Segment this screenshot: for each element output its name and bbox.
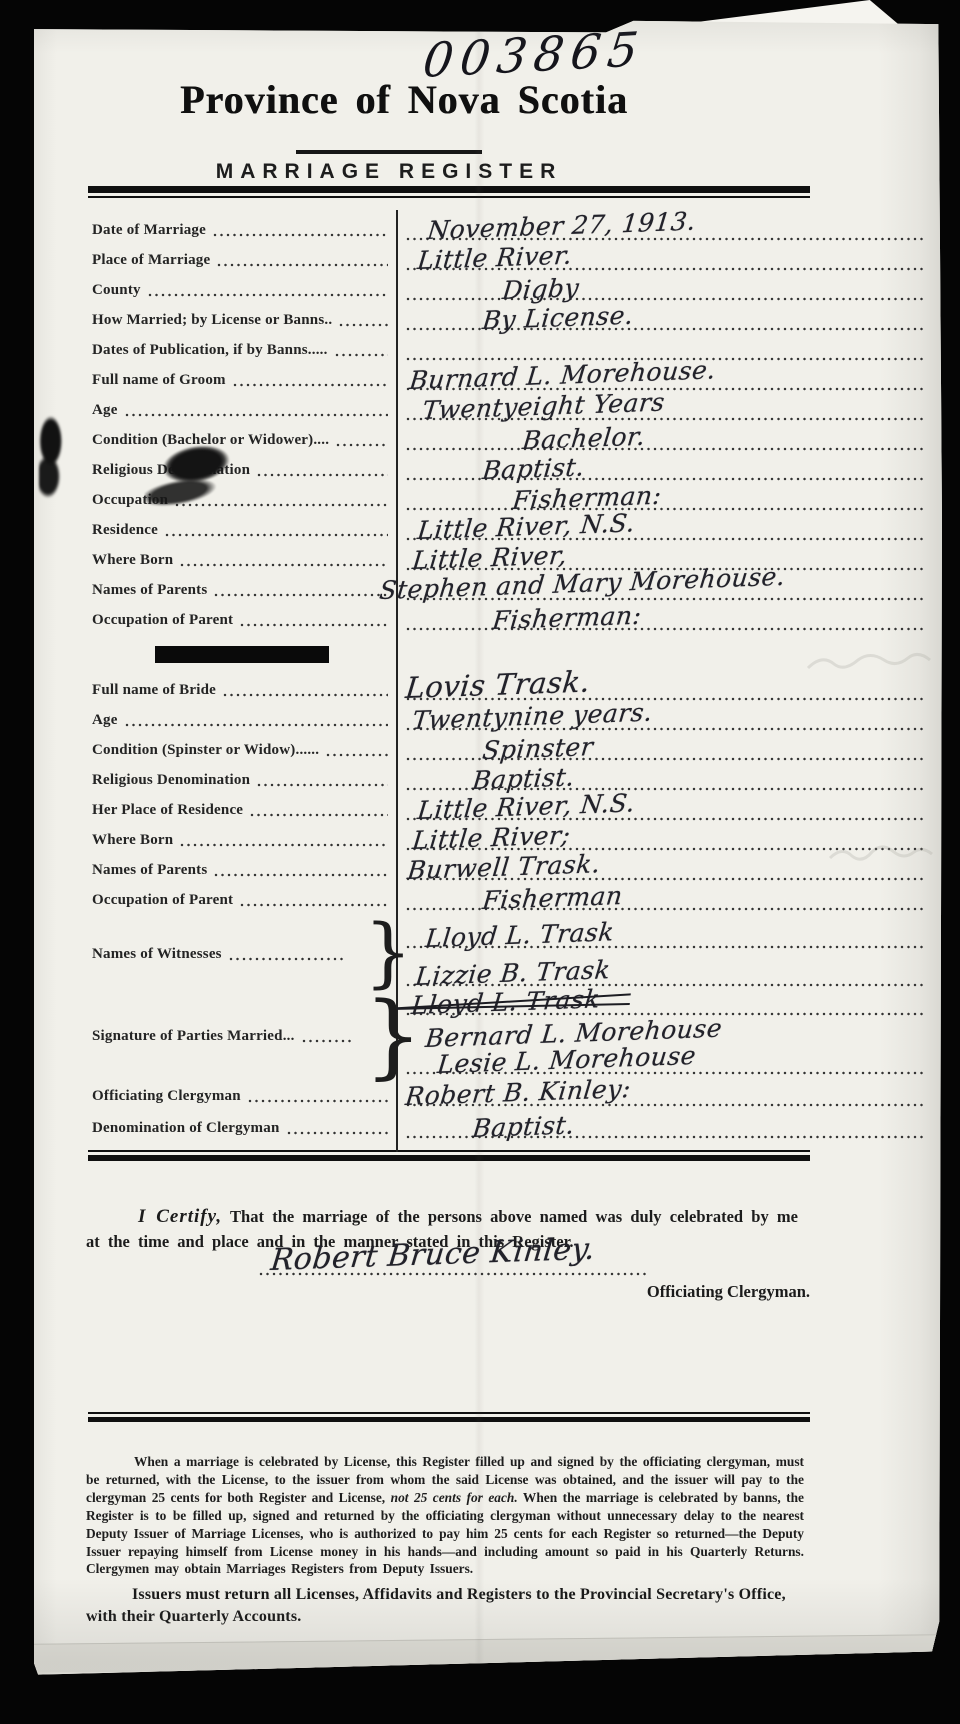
fine-print-italic: not 25 cents for each.	[391, 1490, 518, 1505]
form-row-label-cell: Where Born	[34, 826, 396, 856]
form-row-label: Residence	[92, 522, 158, 539]
bleed-through-mark	[804, 646, 934, 680]
issuers-note: Issuers must return all Licenses, Affida…	[86, 1584, 786, 1628]
form-row: Full name of Groom Burnard L. Morehouse.	[34, 366, 942, 396]
handwritten-value: Baptist.	[471, 1110, 576, 1143]
form-row-label-cell: Age	[34, 706, 396, 736]
form-row-value-cell: Baptist.	[396, 1112, 942, 1144]
form-row-value-cell: November 27, 1913.	[396, 216, 942, 246]
dotted-leader	[248, 1099, 388, 1103]
form-row: Occupation of Parent Fisherman	[34, 886, 942, 916]
dotted-leader	[339, 323, 388, 327]
form-row-label: Dates of Publication, if by Banns.....	[92, 342, 328, 359]
form-row-label: Age	[92, 712, 118, 729]
handwritten-value: Fisherman:	[491, 601, 643, 635]
form-row-value-cell: Fisherman:	[396, 486, 942, 516]
form-row: Age Twentyeight Years	[34, 396, 942, 426]
form-row-label-cell: Place of Marriage	[34, 246, 396, 276]
handwritten-value: Fisherman	[481, 881, 624, 915]
form-row-value-cell: Fisherman:	[396, 606, 942, 636]
signatures-values: Lloyd L. Trask Bernard L. Morehouse Lesi…	[396, 992, 942, 1080]
witnesses-block: Names of Witnesses } Lloyd L. Trask Lizz…	[34, 916, 942, 992]
form-row-value-cell: Twentynine years.	[396, 706, 942, 736]
witnesses-values: Lloyd L. Trask Lizzie B. Trask	[396, 916, 942, 992]
register-page: 003865 Province of Nova Scotia MARRIAGE …	[34, 20, 942, 1678]
fine-print-paragraph: When a marriage is celebrated by License…	[86, 1453, 804, 1578]
dotted-leader	[302, 1039, 352, 1043]
form-section: Date of Marriage November 27, 1913. Plac…	[34, 216, 942, 1161]
handwritten-value: Bachelor.	[521, 422, 647, 455]
dotted-leader	[148, 293, 388, 297]
form-row-label: Officiating Clergyman	[92, 1088, 241, 1105]
bleed-through-mark	[826, 840, 936, 870]
dotted-leader	[287, 1131, 389, 1135]
form-row-label: Condition (Spinster or Widow)......	[92, 742, 319, 759]
form-row-label-cell: Date of Marriage	[34, 216, 396, 246]
witness-line: Lizzie B. Trask	[396, 954, 942, 992]
section-rule	[88, 1412, 810, 1422]
form-row-value-cell: Twentyeight Years	[396, 396, 942, 426]
form-row: Religious Denomination Baptist.	[34, 766, 942, 796]
form-row: Where Born Little River;	[34, 826, 942, 856]
form-row-label: Where Born	[92, 552, 173, 569]
dotted-leader	[257, 473, 388, 477]
form-row-label-cell: Dates of Publication, if by Banns.....	[34, 336, 396, 366]
paper-fold-edge	[34, 1634, 942, 1673]
form-row-label-cell: Age	[34, 396, 396, 426]
form-row-label: Names of Parents	[92, 582, 207, 599]
handwritten-value: Digby	[501, 273, 581, 305]
form-row-value-cell: Baptist.	[396, 456, 942, 486]
signatures-label-cell: Signature of Parties Married...	[92, 1028, 360, 1045]
form-row-label: Place of Marriage	[92, 252, 210, 269]
form-row: How Married; by License or Banns.. By Li…	[34, 306, 942, 336]
form-row-label-cell: How Married; by License or Banns..	[34, 306, 396, 336]
form-row-label-cell: Names of Parents	[34, 856, 396, 886]
dotted-leader	[233, 383, 388, 387]
form-row-value-cell: Robert B. Kinley:	[396, 1080, 942, 1112]
dotted-line	[406, 507, 924, 511]
dotted-leader	[180, 563, 388, 567]
form-row-label: Occupation of Parent	[92, 892, 233, 909]
header-rule	[88, 186, 810, 198]
form-row-value-cell: Spinster	[396, 736, 942, 766]
form-row: Dates of Publication, if by Banns.....	[34, 336, 942, 366]
dotted-leader	[217, 263, 388, 267]
form-row-value-cell: Little River.	[396, 246, 942, 276]
form-row: Full name of Bride Lovis Trask.	[34, 676, 942, 706]
dotted-line	[406, 297, 924, 301]
dotted-leader	[229, 957, 344, 961]
bride-rows: Full name of Bride Lovis Trask. Age Twen…	[34, 676, 942, 916]
form-row-label-cell: Occupation of Parent	[34, 886, 396, 916]
dotted-leader	[125, 723, 388, 727]
form-row-label: Religious Denomination	[92, 772, 250, 789]
form-row: Officiating Clergyman Robert B. Kinley:	[34, 1080, 942, 1112]
clergy-rows: Officiating Clergyman Robert B. Kinley: …	[34, 1080, 942, 1144]
dotted-leader	[223, 693, 388, 697]
form-row: Names of Parents Burwell Trask.	[34, 856, 942, 886]
curly-brace: }	[364, 914, 412, 990]
form-row-label: Her Place of Residence	[92, 802, 243, 819]
form-row-value-cell: By License.	[396, 306, 942, 336]
witnesses-label: Names of Witnesses	[92, 946, 222, 963]
handwritten-value: Spinster	[481, 732, 595, 765]
form-row-value-cell: Bachelor.	[396, 426, 942, 456]
form-row-label: Date of Marriage	[92, 222, 206, 239]
form-row-label-cell: Denomination of Clergyman	[34, 1112, 396, 1144]
form-row-label-cell: Names of Parents	[34, 576, 396, 606]
form-row-label-cell: Full name of Bride	[34, 676, 396, 706]
form-row-label-cell: Where Born	[34, 546, 396, 576]
dotted-leader	[214, 873, 388, 877]
form-row: Residence Little River, N.S.	[34, 516, 942, 546]
form-row-value-cell: Burnard L. Morehouse.	[396, 366, 942, 396]
form-row: County Digby	[34, 276, 942, 306]
dotted-leader	[257, 783, 388, 787]
form-row: Denomination of Clergyman Baptist.	[34, 1112, 942, 1144]
clergyman-signature-row: Robert Bruce Kinley.	[259, 1238, 679, 1282]
form-row-label-cell: Her Place of Residence	[34, 796, 396, 826]
signatures-block: Signature of Parties Married... } Lloyd …	[34, 992, 942, 1080]
form-row-value-cell: Fisherman	[396, 886, 942, 916]
form-row-label-cell: Occupation of Parent	[34, 606, 396, 636]
form-row-label-cell: County	[34, 276, 396, 306]
form-row: Date of Marriage November 27, 1913.	[34, 216, 942, 246]
dotted-leader	[335, 353, 388, 357]
form-row-value-cell: Digby	[396, 276, 942, 306]
certify-lead: I Certify,	[138, 1206, 222, 1227]
form-bottom-rule	[88, 1150, 810, 1161]
form-row-value-cell: Lovis Trask.	[396, 676, 942, 706]
form-row: Condition (Spinster or Widow)...... Spin…	[34, 736, 942, 766]
handwritten-value: Baptist.	[481, 452, 586, 485]
handwritten-value: Little River;	[411, 820, 572, 855]
scanned-marriage-register: { "document": { "serial": "003865", "tit…	[0, 0, 960, 1724]
dotted-line	[406, 447, 924, 451]
ink-blot-margin	[39, 416, 67, 500]
form-row-label: Where Born	[92, 832, 173, 849]
form-row-label: Denomination of Clergyman	[92, 1120, 280, 1137]
page-subtitle: MARRIAGE REGISTER	[154, 160, 624, 184]
form-row: Occupation of Parent Fisherman:	[34, 606, 942, 636]
dotted-leader	[336, 443, 388, 447]
witness-line: Lloyd L. Trask	[396, 916, 942, 954]
redaction-bar	[155, 646, 329, 663]
form-row-label: Names of Parents	[92, 862, 207, 879]
dotted-leader	[326, 753, 388, 757]
dotted-leader	[125, 413, 388, 417]
dotted-leader	[213, 233, 388, 237]
form-row-label-cell: Officiating Clergyman	[34, 1080, 396, 1112]
form-row-label-cell: Full name of Groom	[34, 366, 396, 396]
signatures-label: Signature of Parties Married...	[92, 1028, 295, 1045]
dotted-leader	[250, 813, 388, 817]
form-row-label: Age	[92, 402, 118, 419]
dotted-leader	[180, 843, 388, 847]
form-row-label: Full name of Groom	[92, 372, 226, 389]
form-row-label-cell: Condition (Spinster or Widow)......	[34, 736, 396, 766]
dotted-leader	[214, 593, 388, 597]
title-underline	[296, 150, 482, 154]
curly-brace: }	[364, 990, 423, 1082]
signature-line: Lesie L. Morehouse	[396, 1051, 942, 1080]
form-row-label-cell: Residence	[34, 516, 396, 546]
form-row: Her Place of Residence Little River, N.S…	[34, 796, 942, 826]
dotted-leader	[240, 623, 388, 627]
form-row: Place of Marriage Little River.	[34, 246, 942, 276]
form-row-label-cell: Religious Denomination	[34, 766, 396, 796]
form-row-value-cell: Stephen and Mary Morehouse.	[396, 576, 942, 606]
form-row-label: Full name of Bride	[92, 682, 216, 699]
form-row-value-cell: Baptist.	[396, 766, 942, 796]
form-row-label: Occupation of Parent	[92, 612, 233, 629]
page-title: Province of Nova Scotia	[124, 76, 684, 123]
dotted-line	[406, 627, 924, 631]
handwritten-value: Little River.	[416, 240, 574, 275]
form-row-label: County	[92, 282, 141, 299]
dotted-leader	[165, 533, 388, 537]
form-row-value-cell: Little River, N.S.	[396, 796, 942, 826]
form-row: Age Twentynine years.	[34, 706, 942, 736]
form-row: Names of Parents Stephen and Mary Moreho…	[34, 576, 942, 606]
witnesses-label-cell: Names of Witnesses	[92, 946, 352, 963]
form-row-label: How Married; by License or Banns..	[92, 312, 332, 329]
handwritten-value: Lovis Trask.	[404, 664, 592, 705]
handwritten-value: By License.	[481, 301, 635, 335]
officiating-clergyman-caption: Officiating Clergyman.	[647, 1282, 810, 1302]
form-row-value-cell: Little River, N.S.	[396, 516, 942, 546]
groom-rows: Date of Marriage November 27, 1913. Plac…	[34, 216, 942, 636]
